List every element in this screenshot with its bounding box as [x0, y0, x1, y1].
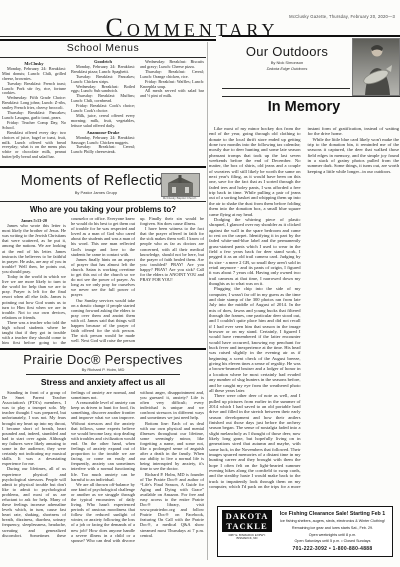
ad-phone-numbers: 701-222-3092 • 1-800-880-4888 [278, 546, 387, 552]
outdoors-rule-b [222, 96, 400, 97]
ad-headline: Ice Fishing Clearance Sale! Starting Feb… [278, 511, 387, 517]
section-divider-bar [0, 166, 206, 168]
logo-line-2: TACKLE [222, 522, 272, 532]
menu-paragraph: Breakfast offered every day: two choices… [2, 131, 66, 160]
newspaper-page: McClusky Gazette, Thursday, February 20,… [0, 0, 400, 567]
church-photo [161, 173, 200, 197]
in-memory-article: Like most of my minor hockey dos from th… [209, 126, 399, 500]
column-divider [207, 42, 208, 560]
header-rule-thin-left [0, 36, 216, 37]
dakota-tackle-ad: DAKOTA TACKLE 3087 E. BISMARCK EXPWY. BI… [217, 506, 393, 557]
menu-paragraph: Milk, juice, cereal offered every mornin… [71, 114, 135, 129]
in-memory-headline: In Memory [208, 99, 400, 115]
ad-line-1: Ice fishing shelters, augers, sleds, ele… [278, 519, 387, 524]
ad-copy: Ice Fishing Clearance Sale! Starting Feb… [276, 510, 389, 553]
our-outdoors-byline2: Dakota Edge Outdoors [222, 66, 352, 71]
outdoors-rule-a [222, 88, 350, 89]
moments-headline: Who are you taking your problems to? [0, 205, 206, 214]
paragraph: James who wrote this letter is most like… [2, 223, 66, 274]
moments-paragraphs: James who wrote this letter is most like… [2, 216, 204, 346]
paragraph: I have been witness to the fact that the… [140, 226, 204, 282]
prairie-doc-rule [26, 374, 180, 375]
paragraph: Plugging the chip into the side of my co… [209, 286, 301, 393]
paragraph: Dodging the whirring piece of plastic sh… [209, 217, 301, 286]
prairie-doc-title: Prairie Doc® Perspectives [0, 352, 206, 367]
menu-paragraph: All meals served with salad bar and ½ pi… [140, 89, 204, 99]
dakota-tackle-logo: DAKOTA TACKLE [222, 510, 272, 532]
prairie-doc-headline: Stress and anxiety affect us all [0, 377, 206, 387]
menu-paragraph: Tuesday: Breakfast: French toast; Lunch:… [2, 82, 66, 97]
paragraph: James finally hints on an aspect of pray… [71, 257, 135, 298]
ad-line-3: Open weeknights until 8 p.m. [278, 533, 387, 538]
paragraph: While the little blue card likely won't … [308, 137, 400, 174]
school-menu-mcclusky: McCluskyMonday, February 24: Breakfast: … [2, 62, 66, 160]
moments-rule [0, 201, 206, 202]
school-menus-title: School Menus [0, 42, 206, 54]
prairie-doc-article: Standing in front of a group of De Smet … [2, 390, 204, 544]
angler-with-fish-photo [352, 38, 400, 96]
menu-paragraph: Tuesday: Breakfast: Cereal; Lunch: Phill… [71, 145, 135, 155]
ad-line-2: Remaining ice gear and lures starts Sat.… [278, 526, 387, 531]
paragraph: Richard P. Holm, MD is founder of The Pr… [140, 472, 204, 538]
ad-logo-block: DAKOTA TACKLE 3087 E. BISMARCK EXPWY. BI… [221, 510, 273, 553]
school-menus-text: McCluskyMonday, February 24: Breakfast: … [2, 60, 204, 164]
menu-paragraph: Wednesday: Fifth Grade Choice: Breakfast… [2, 96, 66, 111]
school-menu-goodrich: GoodrichMonday, February 24: Breakfast: … [71, 60, 135, 129]
paragraph: A reasonable level of anxiety can keep u… [71, 400, 135, 482]
menu-paragraph: Monday, February 24: Breakfast: Mini don… [2, 67, 66, 82]
ad-address-line2: BISMARCK, ND [228, 537, 266, 540]
section-divider-bar-2 [0, 348, 206, 350]
ad-address: 3087 E. BISMARCK EXPWY. BISMARCK, ND [228, 534, 266, 541]
header-rule-thick-right [222, 35, 400, 38]
paragraph: Like most of my minor hockey dos from th… [209, 126, 301, 217]
paragraph: Standing in front of a group of De Smet … [2, 390, 66, 466]
church-photo-caption: McClusky Baptist Church [157, 196, 202, 200]
moments-article: James 5:13-20 James who wrote this lette… [2, 216, 204, 346]
header-rule-thick-left [0, 39, 216, 42]
our-outdoors-title: Our Outdoors [222, 44, 352, 59]
paragraph: Today in the world in which we live we a… [2, 274, 66, 320]
paragraph: Bottom line: Each of us deal with our ow… [140, 421, 204, 472]
prairie-doc-byline: By Richard P. Holm, MD [0, 367, 206, 372]
ad-line-4: Open Saturdays until 5 p.m. • Closed Sun… [278, 539, 387, 544]
our-outdoors-byline: By Nick Simonson [222, 60, 352, 65]
school-menus-rule [0, 57, 206, 58]
